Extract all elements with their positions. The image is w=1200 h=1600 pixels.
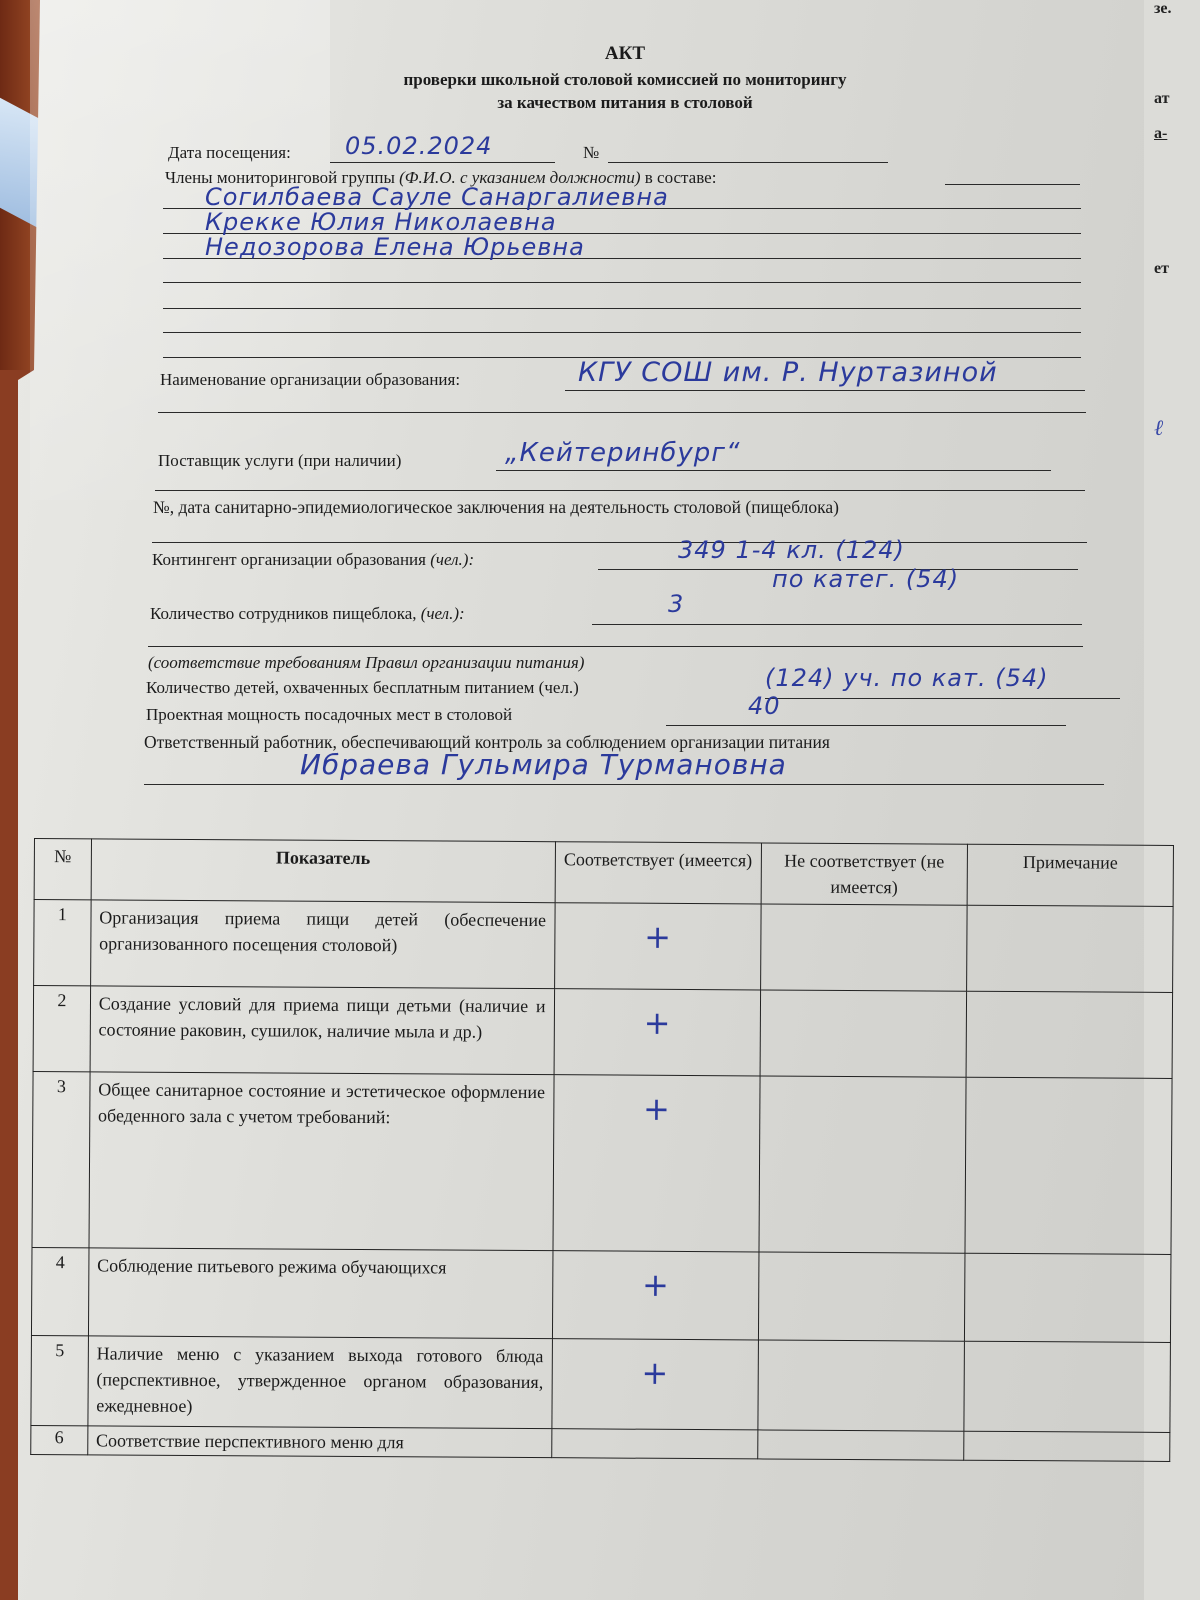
row-complies-mark[interactable] bbox=[551, 1429, 757, 1459]
row-note[interactable] bbox=[964, 1341, 1171, 1432]
row-complies-mark[interactable]: + bbox=[551, 1339, 758, 1430]
row-not-complies[interactable] bbox=[758, 1340, 965, 1431]
row-indicator: Соблюдение питьевого режима обучающихся bbox=[88, 1248, 552, 1339]
row-num: 1 bbox=[34, 900, 91, 986]
row-complies-mark[interactable]: + bbox=[552, 1251, 759, 1340]
rules-note: (соответствие требованиям Правил организ… bbox=[148, 653, 584, 673]
members-field-line-5[interactable] bbox=[163, 288, 1081, 309]
underlying-sheet-fragment: зе. bbox=[1154, 0, 1172, 18]
row-not-complies[interactable] bbox=[760, 990, 967, 1077]
row-not-complies[interactable] bbox=[758, 1252, 965, 1341]
row-indicator: Создание условий для приема пищи детьми … bbox=[90, 986, 554, 1075]
table-row: 5 Наличие меню с указанием выхода готово… bbox=[31, 1335, 1171, 1432]
visit-date-value: 05.02.2024 bbox=[345, 132, 492, 160]
seats-value: 40 bbox=[748, 692, 781, 720]
supplier-label: Поставщик услуги (при наличии) bbox=[158, 451, 401, 471]
row-note[interactable] bbox=[967, 905, 1174, 992]
staff-field-line-2[interactable] bbox=[148, 626, 1083, 647]
row-num: 4 bbox=[31, 1247, 88, 1335]
staff-label-main: Количество сотрудников пищеблока, bbox=[150, 604, 417, 623]
underlying-sheet-fragment: ет bbox=[1154, 260, 1169, 278]
member-name: Согилбаева Сауле Санаргалиевна bbox=[205, 183, 669, 211]
member-name: Недозорова Елена Юрьевна bbox=[205, 233, 585, 261]
org-value: КГУ СОШ им. Р. Нуртазиной bbox=[578, 357, 998, 388]
sanitary-field[interactable] bbox=[152, 522, 1087, 543]
contingent-label-main: Контингент организации образования bbox=[152, 550, 426, 569]
header-not-complies: Не соответствует (не имеется) bbox=[761, 843, 968, 905]
header-num: № bbox=[34, 839, 91, 900]
staff-label: Количество сотрудников пищеблока, (чел.)… bbox=[150, 604, 465, 624]
row-num: 5 bbox=[31, 1335, 88, 1425]
underlying-sheet-fragment: ат bbox=[1154, 90, 1169, 108]
row-complies-mark[interactable]: + bbox=[553, 1075, 760, 1252]
supplier-field-line-2[interactable] bbox=[155, 470, 1085, 491]
org-label: Наименование организации образования: bbox=[160, 370, 460, 390]
document-header: АКТ проверки школьной столовой комиссией… bbox=[300, 40, 950, 114]
free-meals-value: (124) уч. по кат. (54) bbox=[765, 664, 1049, 692]
staff-value: 3 bbox=[668, 590, 684, 618]
member-name: Крекке Юлия Николаевна bbox=[205, 208, 557, 236]
header-indicator: Показатель bbox=[91, 839, 555, 903]
row-not-complies[interactable] bbox=[757, 1430, 963, 1460]
checklist-table: № Показатель Соответствует (имеется) Не … bbox=[30, 838, 1174, 1462]
members-field-line-0[interactable] bbox=[945, 164, 1080, 185]
table-row: 4 Соблюдение питьевого режима обучающихс… bbox=[31, 1247, 1171, 1342]
row-indicator: Организация приема пищи детей (обеспечен… bbox=[90, 900, 554, 989]
supplier-value: „Кейтеринбург“ bbox=[505, 438, 740, 468]
header-complies: Соответствует (имеется) bbox=[555, 842, 762, 904]
visit-date-label: Дата посещения: bbox=[168, 143, 291, 163]
seats-label: Проектная мощность посадочных мест в сто… bbox=[146, 705, 512, 725]
number-field[interactable] bbox=[608, 140, 888, 163]
table-row: 1 Организация приема пищи детей (обеспеч… bbox=[34, 900, 1174, 993]
sanitary-label: №, дата санитарно-эпидемиологическое зак… bbox=[153, 497, 839, 518]
row-indicator: Общее санитарное состояние и эстетическо… bbox=[89, 1072, 554, 1251]
row-num: 6 bbox=[31, 1425, 88, 1454]
table-row: 2 Создание условий для приема пищи детьм… bbox=[33, 986, 1173, 1079]
row-num: 3 bbox=[32, 1071, 90, 1247]
row-not-complies[interactable] bbox=[759, 1076, 966, 1253]
table-row: 3 Общее санитарное состояние и эстетичес… bbox=[32, 1071, 1172, 1254]
row-not-complies[interactable] bbox=[760, 904, 967, 991]
contingent-unit: (чел.): bbox=[430, 550, 474, 569]
row-indicator: Соответствие перспективного меню для bbox=[87, 1426, 551, 1458]
row-num: 2 bbox=[33, 986, 90, 1072]
row-note[interactable] bbox=[964, 1431, 1170, 1461]
underlying-sheet-handwriting: ℓ bbox=[1154, 415, 1163, 441]
number-label: № bbox=[583, 143, 599, 163]
row-indicator: Наличие меню с указанием выхода готового… bbox=[88, 1336, 552, 1429]
row-note[interactable] bbox=[966, 991, 1173, 1078]
row-complies-mark[interactable]: + bbox=[554, 903, 761, 990]
staff-unit: (чел.): bbox=[421, 604, 465, 623]
org-field-line-2[interactable] bbox=[158, 392, 1086, 413]
staff-field[interactable] bbox=[592, 602, 1082, 625]
document-subtitle-2: за качеством питания в столовой bbox=[300, 91, 950, 114]
contingent-label: Контингент организации образования (чел.… bbox=[152, 550, 474, 570]
members-field-line-6[interactable] bbox=[163, 312, 1081, 333]
row-note[interactable] bbox=[965, 1077, 1172, 1254]
contingent-value-line2: по катег. (54) bbox=[772, 565, 959, 593]
header-note: Примечание bbox=[967, 844, 1173, 906]
seats-field[interactable] bbox=[666, 703, 1066, 726]
document-title: АКТ bbox=[300, 40, 950, 68]
row-note[interactable] bbox=[964, 1253, 1171, 1342]
members-field-line-4[interactable] bbox=[163, 262, 1081, 283]
contingent-value-line1: 349 1-4 кл. (124) bbox=[678, 536, 905, 564]
underlying-sheet-fragment: а- bbox=[1154, 125, 1167, 143]
table-header-row: № Показатель Соответствует (имеется) Не … bbox=[34, 839, 1173, 907]
responsible-value: Ибраева Гульмира Турмановна bbox=[300, 748, 787, 781]
row-complies-mark[interactable]: + bbox=[554, 989, 761, 1076]
free-meals-label: Количество детей, охваченных бесплатным … bbox=[146, 678, 579, 698]
members-field-line-7[interactable] bbox=[163, 337, 1081, 358]
document-subtitle-1: проверки школьной столовой комиссией по … bbox=[300, 68, 950, 91]
